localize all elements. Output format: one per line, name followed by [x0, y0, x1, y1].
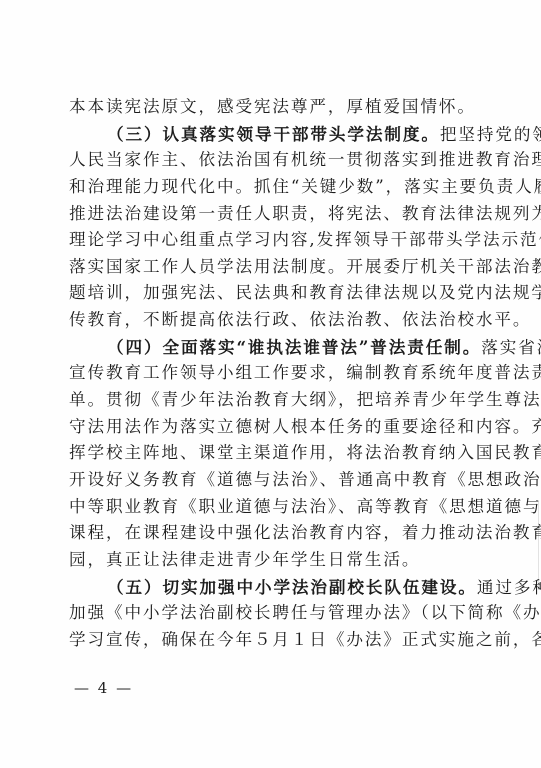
section-heading: （五）切实加强中小学法治副校长队伍建设。	[107, 577, 477, 597]
text-line: 理论学习中心组重点学习内容,发挥领导干部带头学法示范作用，	[69, 227, 473, 254]
paragraph-text: 开设好义务教育《道德与法治》、普通高中教育《思想政治》、	[69, 470, 541, 489]
page-number: — 4 —	[74, 679, 133, 697]
text-line: 宣传教育工作领导小组工作要求，编制教育系统年度普法责任清	[69, 360, 473, 387]
document-page: 本本读宪法原文，感受宪法尊严，厚植爱国情怀。（三）认真落实领导干部带头学法制度。…	[0, 0, 541, 768]
text-line: 和治理能力现代化中。抓住“关键少数”，落实主要负责人履行	[69, 174, 473, 201]
text-line: 单。贯彻《青少年法治教育大纲》，把培养青少年学生尊法学法	[69, 387, 473, 414]
text-line: 园，真正让法律走进青少年学生日常生活。	[69, 547, 473, 574]
text-line: （四）全面落实“谁执法谁普法”普法责任制。落实省法治	[69, 334, 473, 361]
text-line: 落实国家工作人员学法用法制度。开展委厅机关干部法治教育专	[69, 254, 473, 281]
paragraph-text: 园，真正让法律走进青少年学生日常生活。	[69, 550, 420, 569]
paragraph-text: 加强《中小学法治副校长聘任与管理办法》（以下简称《办法》）	[69, 603, 541, 622]
section-heading: （四）全面落实“谁执法谁普法”普法责任制。	[107, 337, 481, 357]
paragraph-text: 学习宣传，确保在今年５月１日《办法》正式实施之前，各相关	[69, 630, 541, 649]
paragraph-text: 中等职业教育《职业道德与法治》、高等教育《思想道德与法治》	[69, 497, 541, 516]
paragraph-text: 人民当家作主、依法治国有机统一贯彻落实到推进教育治理体系	[69, 150, 541, 169]
text-line: 题培训，加强宪法、民法典和教育法律法规以及党内法规学习宣	[69, 280, 473, 307]
paragraph-text: 本本读宪法原文，感受宪法尊严，厚植爱国情怀。	[69, 97, 476, 116]
paragraph-text: 题培训，加强宪法、民法典和教育法律法规以及党内法规学习宣	[69, 283, 541, 302]
paragraph-text: 守法用法作为落实立德树人根本任务的重要途径和内容。充分发	[69, 417, 541, 436]
text-line: 守法用法作为落实立德树人根本任务的重要途径和内容。充分发	[69, 414, 473, 441]
text-line: 加强《中小学法治副校长聘任与管理办法》（以下简称《办法》）	[69, 600, 473, 627]
body-text: 本本读宪法原文，感受宪法尊严，厚植爱国情怀。（三）认真落实领导干部带头学法制度。…	[69, 94, 473, 653]
text-line: 人民当家作主、依法治国有机统一贯彻落实到推进教育治理体系	[69, 147, 473, 174]
section-heading: （三）认真落实领导干部带头学法制度。	[107, 124, 440, 144]
text-line: 开设好义务教育《道德与法治》、普通高中教育《思想政治》、	[69, 467, 473, 494]
text-line: 传教育，不断提高依法行政、依法治教、依法治校水平。	[69, 307, 473, 334]
paragraph-text: 单。贯彻《青少年法治教育大纲》，把培养青少年学生尊法学法	[69, 390, 541, 409]
text-line: 学习宣传，确保在今年５月１日《办法》正式实施之前，各相关	[69, 627, 473, 654]
text-line: 课程，在课程建设中强化法治教育内容，着力推动法治教育进校	[69, 520, 473, 547]
paragraph-text: 挥学校主阵地、课堂主渠道作用，将法治教育纳入国民教育体系，	[69, 443, 541, 462]
text-line: 挥学校主阵地、课堂主渠道作用，将法治教育纳入国民教育体系，	[69, 440, 473, 467]
paragraph-text: 理论学习中心组重点学习内容,发挥领导干部带头学法示范作用，	[69, 230, 541, 249]
paragraph-text: 把坚持党的领导、	[440, 125, 541, 144]
paragraph-text: 传教育，不断提高依法行政、依法治教、依法治校水平。	[69, 310, 531, 329]
paragraph-text: 通过多种方式	[477, 578, 541, 597]
text-line: （五）切实加强中小学法治副校长队伍建设。通过多种方式	[69, 574, 473, 601]
paragraph-text: 课程，在课程建设中强化法治教育内容，着力推动法治教育进校	[69, 523, 541, 542]
text-line: 中等职业教育《职业道德与法治》、高等教育《思想道德与法治》	[69, 494, 473, 521]
text-line: 推进法治建设第一责任人职责，将宪法、教育法律法规列为工委	[69, 201, 473, 228]
paragraph-text: 落实国家工作人员学法用法制度。开展委厅机关干部法治教育专	[69, 257, 541, 276]
paragraph-text: 和治理能力现代化中。抓住“关键少数”，落实主要负责人履行	[69, 177, 541, 196]
text-line: （三）认真落实领导干部带头学法制度。把坚持党的领导、	[69, 121, 473, 148]
paragraph-text: 宣传教育工作领导小组工作要求，编制教育系统年度普法责任清	[69, 363, 541, 382]
text-line: 本本读宪法原文，感受宪法尊严，厚植爱国情怀。	[69, 94, 473, 121]
paragraph-text: 落实省法治	[481, 338, 541, 357]
paragraph-text: 推进法治建设第一责任人职责，将宪法、教育法律法规列为工委	[69, 204, 541, 223]
